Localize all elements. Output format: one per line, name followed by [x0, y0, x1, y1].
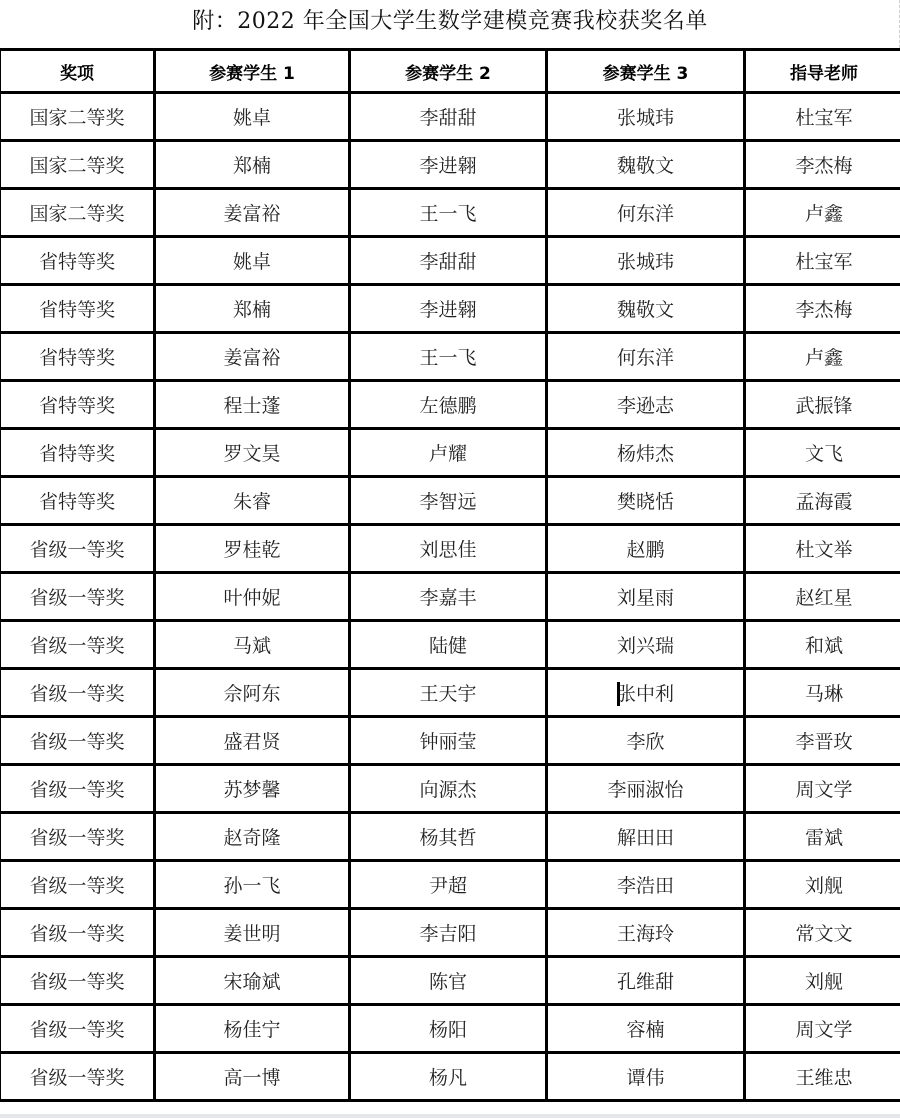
cell-student-1[interactable]: 姚卓	[155, 93, 350, 141]
cell-award[interactable]: 省特等奖	[0, 429, 155, 477]
cell-award[interactable]: 省级一等奖	[0, 1053, 155, 1101]
table-row: 省特等奖姚卓李甜甜张城玮杜宝军	[0, 237, 900, 285]
table-header-row: 奖项 参赛学生 1 参赛学生 2 参赛学生 3 指导老师	[0, 50, 900, 93]
cell-student-1[interactable]: 佘阿东	[155, 669, 350, 717]
table-row: 省级一等奖罗桂乾刘思佳赵鹏杜文举	[0, 525, 900, 573]
cell-award[interactable]: 国家二等奖	[0, 189, 155, 237]
cell-award[interactable]: 省级一等奖	[0, 957, 155, 1005]
cell-student-3[interactable]: 赵鹏	[547, 525, 745, 573]
cell-student-3[interactable]: 解田田	[547, 813, 745, 861]
cell-student-1[interactable]: 孙一飞	[155, 861, 350, 909]
cell-student-2[interactable]: 王一飞	[350, 189, 547, 237]
cell-student-3[interactable]: 杨炜杰	[547, 429, 745, 477]
cell-award[interactable]: 国家二等奖	[0, 93, 155, 141]
cell-student-2[interactable]: 李进翱	[350, 141, 547, 189]
cell-student-2[interactable]: 王天宇	[350, 669, 547, 717]
table-row: 省特等奖朱睿李智远樊晓恬孟海霞	[0, 477, 900, 525]
table-row: 省级一等奖叶仲妮李嘉丰刘星雨赵红星	[0, 573, 900, 621]
document-title: 附：2022 年全国大学生数学建模竞赛我校获奖名单	[0, 0, 900, 48]
cell-student-3[interactable]: 张城玮	[547, 237, 745, 285]
cell-advisor[interactable]: 雷斌	[745, 813, 900, 861]
cell-student-3[interactable]: 李欣	[547, 717, 745, 765]
cell-advisor[interactable]: 常文文	[745, 909, 900, 957]
cell-award[interactable]: 省级一等奖	[0, 525, 155, 573]
award-list-table: 奖项 参赛学生 1 参赛学生 2 参赛学生 3 指导老师 国家二等奖姚卓李甜甜张…	[0, 48, 900, 1102]
cell-student-3[interactable]: 魏敬文	[547, 285, 745, 333]
document-page: 附：2022 年全国大学生数学建模竞赛我校获奖名单 奖项 参赛学生 1 参赛学生…	[0, 0, 900, 1118]
cell-student-2[interactable]: 向源杰	[350, 765, 547, 813]
cell-student-2[interactable]: 杨阳	[350, 1005, 547, 1053]
cell-student-3[interactable]: 刘兴瑞	[547, 621, 745, 669]
cell-advisor[interactable]: 李晋玫	[745, 717, 900, 765]
table-row: 省级一等奖宋瑜斌陈官孔维甜刘舰	[0, 957, 900, 1005]
cell-student-3[interactable]: 张中利	[547, 669, 745, 717]
cell-advisor[interactable]: 和斌	[745, 621, 900, 669]
table-row: 省级一等奖佘阿东王天宇张中利马琳	[0, 669, 900, 717]
cell-student-3[interactable]: 李丽淑怡	[547, 765, 745, 813]
cell-advisor[interactable]: 刘舰	[745, 957, 900, 1005]
cell-advisor[interactable]: 周文学	[745, 765, 900, 813]
cell-student-3[interactable]: 孔维甜	[547, 957, 745, 1005]
cell-student-3[interactable]: 容楠	[547, 1005, 745, 1053]
cell-student-2[interactable]: 杨其哲	[350, 813, 547, 861]
cell-student-2[interactable]: 李甜甜	[350, 237, 547, 285]
cell-student-2[interactable]: 王一飞	[350, 333, 547, 381]
cell-student-2[interactable]: 李智远	[350, 477, 547, 525]
cell-student-2[interactable]: 刘思佳	[350, 525, 547, 573]
cell-award[interactable]: 省特等奖	[0, 381, 155, 429]
cell-student-1[interactable]: 郑楠	[155, 285, 350, 333]
cell-award[interactable]: 省特等奖	[0, 333, 155, 381]
cell-award[interactable]: 省级一等奖	[0, 861, 155, 909]
table-row: 省级一等奖姜世明李吉阳王海玲常文文	[0, 909, 900, 957]
cell-award[interactable]: 省级一等奖	[0, 765, 155, 813]
cell-award[interactable]: 省级一等奖	[0, 813, 155, 861]
cell-student-2[interactable]: 李进翱	[350, 285, 547, 333]
table-row: 省特等奖郑楠李进翱魏敬文李杰梅	[0, 285, 900, 333]
cell-advisor[interactable]: 李杰梅	[745, 285, 900, 333]
table-row: 国家二等奖姚卓李甜甜张城玮杜宝军	[0, 93, 900, 141]
header-student-2: 参赛学生 2	[350, 50, 547, 93]
header-student-1: 参赛学生 1	[155, 50, 350, 93]
cell-student-2[interactable]: 陆健	[350, 621, 547, 669]
cell-student-1[interactable]: 杨佳宁	[155, 1005, 350, 1053]
table-row: 省级一等奖孙一飞尹超李浩田刘舰	[0, 861, 900, 909]
cell-award[interactable]: 省特等奖	[0, 477, 155, 525]
table-row: 省特等奖姜富裕王一飞何东洋卢鑫	[0, 333, 900, 381]
cell-student-1[interactable]: 马斌	[155, 621, 350, 669]
cell-student-2[interactable]: 李嘉丰	[350, 573, 547, 621]
cell-advisor[interactable]: 马琳	[745, 669, 900, 717]
cell-award[interactable]: 省级一等奖	[0, 909, 155, 957]
cell-student-3[interactable]: 张城玮	[547, 93, 745, 141]
cell-student-3[interactable]: 何东洋	[547, 333, 745, 381]
cell-student-1[interactable]: 罗桂乾	[155, 525, 350, 573]
cell-student-2[interactable]: 左德鹏	[350, 381, 547, 429]
cell-student-2[interactable]: 卢耀	[350, 429, 547, 477]
table-row: 省级一等奖苏梦馨向源杰李丽淑怡周文学	[0, 765, 900, 813]
cell-student-1[interactable]: 姚卓	[155, 237, 350, 285]
cell-advisor[interactable]: 卢鑫	[745, 189, 900, 237]
cell-advisor[interactable]: 杜文举	[745, 525, 900, 573]
cell-award[interactable]: 国家二等奖	[0, 141, 155, 189]
cell-student-3[interactable]: 李浩田	[547, 861, 745, 909]
table-row: 省级一等奖高一博杨凡谭伟王维忠	[0, 1053, 900, 1101]
table-body: 国家二等奖姚卓李甜甜张城玮杜宝军国家二等奖郑楠李进翱魏敬文李杰梅国家二等奖姜富裕…	[0, 93, 900, 1101]
cell-student-1[interactable]: 姜富裕	[155, 189, 350, 237]
cell-award[interactable]: 省级一等奖	[0, 573, 155, 621]
table-row: 省特等奖罗文昊卢耀杨炜杰文飞	[0, 429, 900, 477]
header-award: 奖项	[0, 50, 155, 93]
table-row: 省级一等奖赵奇隆杨其哲解田田雷斌	[0, 813, 900, 861]
cell-award[interactable]: 省特等奖	[0, 237, 155, 285]
cell-student-1[interactable]: 朱睿	[155, 477, 350, 525]
cell-student-3[interactable]: 王海玲	[547, 909, 745, 957]
cell-student-1[interactable]: 宋瑜斌	[155, 957, 350, 1005]
cell-student-3[interactable]: 樊晓恬	[547, 477, 745, 525]
cell-student-2[interactable]: 杨凡	[350, 1053, 547, 1101]
page-bottom-edge	[0, 1114, 900, 1118]
cell-advisor[interactable]: 卢鑫	[745, 333, 900, 381]
cell-student-1[interactable]: 姜世明	[155, 909, 350, 957]
cell-student-3[interactable]: 刘星雨	[547, 573, 745, 621]
cell-student-3[interactable]: 魏敬文	[547, 141, 745, 189]
cell-student-1[interactable]: 赵奇隆	[155, 813, 350, 861]
cell-award[interactable]: 省级一等奖	[0, 669, 155, 717]
cell-student-3[interactable]: 李逊志	[547, 381, 745, 429]
cell-award[interactable]: 省特等奖	[0, 285, 155, 333]
table-row: 省级一等奖杨佳宁杨阳容楠周文学	[0, 1005, 900, 1053]
table-row: 省特等奖程士蓬左德鹏李逊志武振锋	[0, 381, 900, 429]
cell-advisor[interactable]: 王维忠	[745, 1053, 900, 1101]
cell-student-2[interactable]: 尹超	[350, 861, 547, 909]
cell-student-3[interactable]: 何东洋	[547, 189, 745, 237]
cell-advisor[interactable]: 刘舰	[745, 861, 900, 909]
cell-student-3[interactable]: 谭伟	[547, 1053, 745, 1101]
cell-advisor[interactable]: 杜宝军	[745, 237, 900, 285]
table-row: 省级一等奖马斌陆健刘兴瑞和斌	[0, 621, 900, 669]
table-row: 省级一等奖盛君贤钟丽莹李欣李晋玫	[0, 717, 900, 765]
cell-advisor[interactable]: 李杰梅	[745, 141, 900, 189]
cell-student-1[interactable]: 郑楠	[155, 141, 350, 189]
cell-student-2[interactable]: 李甜甜	[350, 93, 547, 141]
cell-advisor[interactable]: 杜宝军	[745, 93, 900, 141]
cell-advisor[interactable]: 文飞	[745, 429, 900, 477]
cell-advisor[interactable]: 武振锋	[745, 381, 900, 429]
table-row: 国家二等奖郑楠李进翱魏敬文李杰梅	[0, 141, 900, 189]
cell-student-1[interactable]: 苏梦馨	[155, 765, 350, 813]
cell-student-2[interactable]: 李吉阳	[350, 909, 547, 957]
cell-award[interactable]: 省级一等奖	[0, 717, 155, 765]
cell-student-1[interactable]: 叶仲妮	[155, 573, 350, 621]
cell-student-1[interactable]: 罗文昊	[155, 429, 350, 477]
cell-student-1[interactable]: 姜富裕	[155, 333, 350, 381]
cell-student-1[interactable]: 高一博	[155, 1053, 350, 1101]
table-row: 国家二等奖姜富裕王一飞何东洋卢鑫	[0, 189, 900, 237]
cell-advisor[interactable]: 孟海霞	[745, 477, 900, 525]
cell-award[interactable]: 省级一等奖	[0, 1005, 155, 1053]
cell-advisor[interactable]: 赵红星	[745, 573, 900, 621]
cell-student-2[interactable]: 钟丽莹	[350, 717, 547, 765]
text-cursor	[617, 682, 620, 706]
cell-text: 张中利	[617, 683, 674, 705]
cell-student-2[interactable]: 陈官	[350, 957, 547, 1005]
header-student-3: 参赛学生 3	[547, 50, 745, 93]
cell-student-1[interactable]: 程士蓬	[155, 381, 350, 429]
cell-award[interactable]: 省级一等奖	[0, 621, 155, 669]
cell-advisor[interactable]: 周文学	[745, 1005, 900, 1053]
cell-student-1[interactable]: 盛君贤	[155, 717, 350, 765]
header-advisor: 指导老师	[745, 50, 900, 93]
